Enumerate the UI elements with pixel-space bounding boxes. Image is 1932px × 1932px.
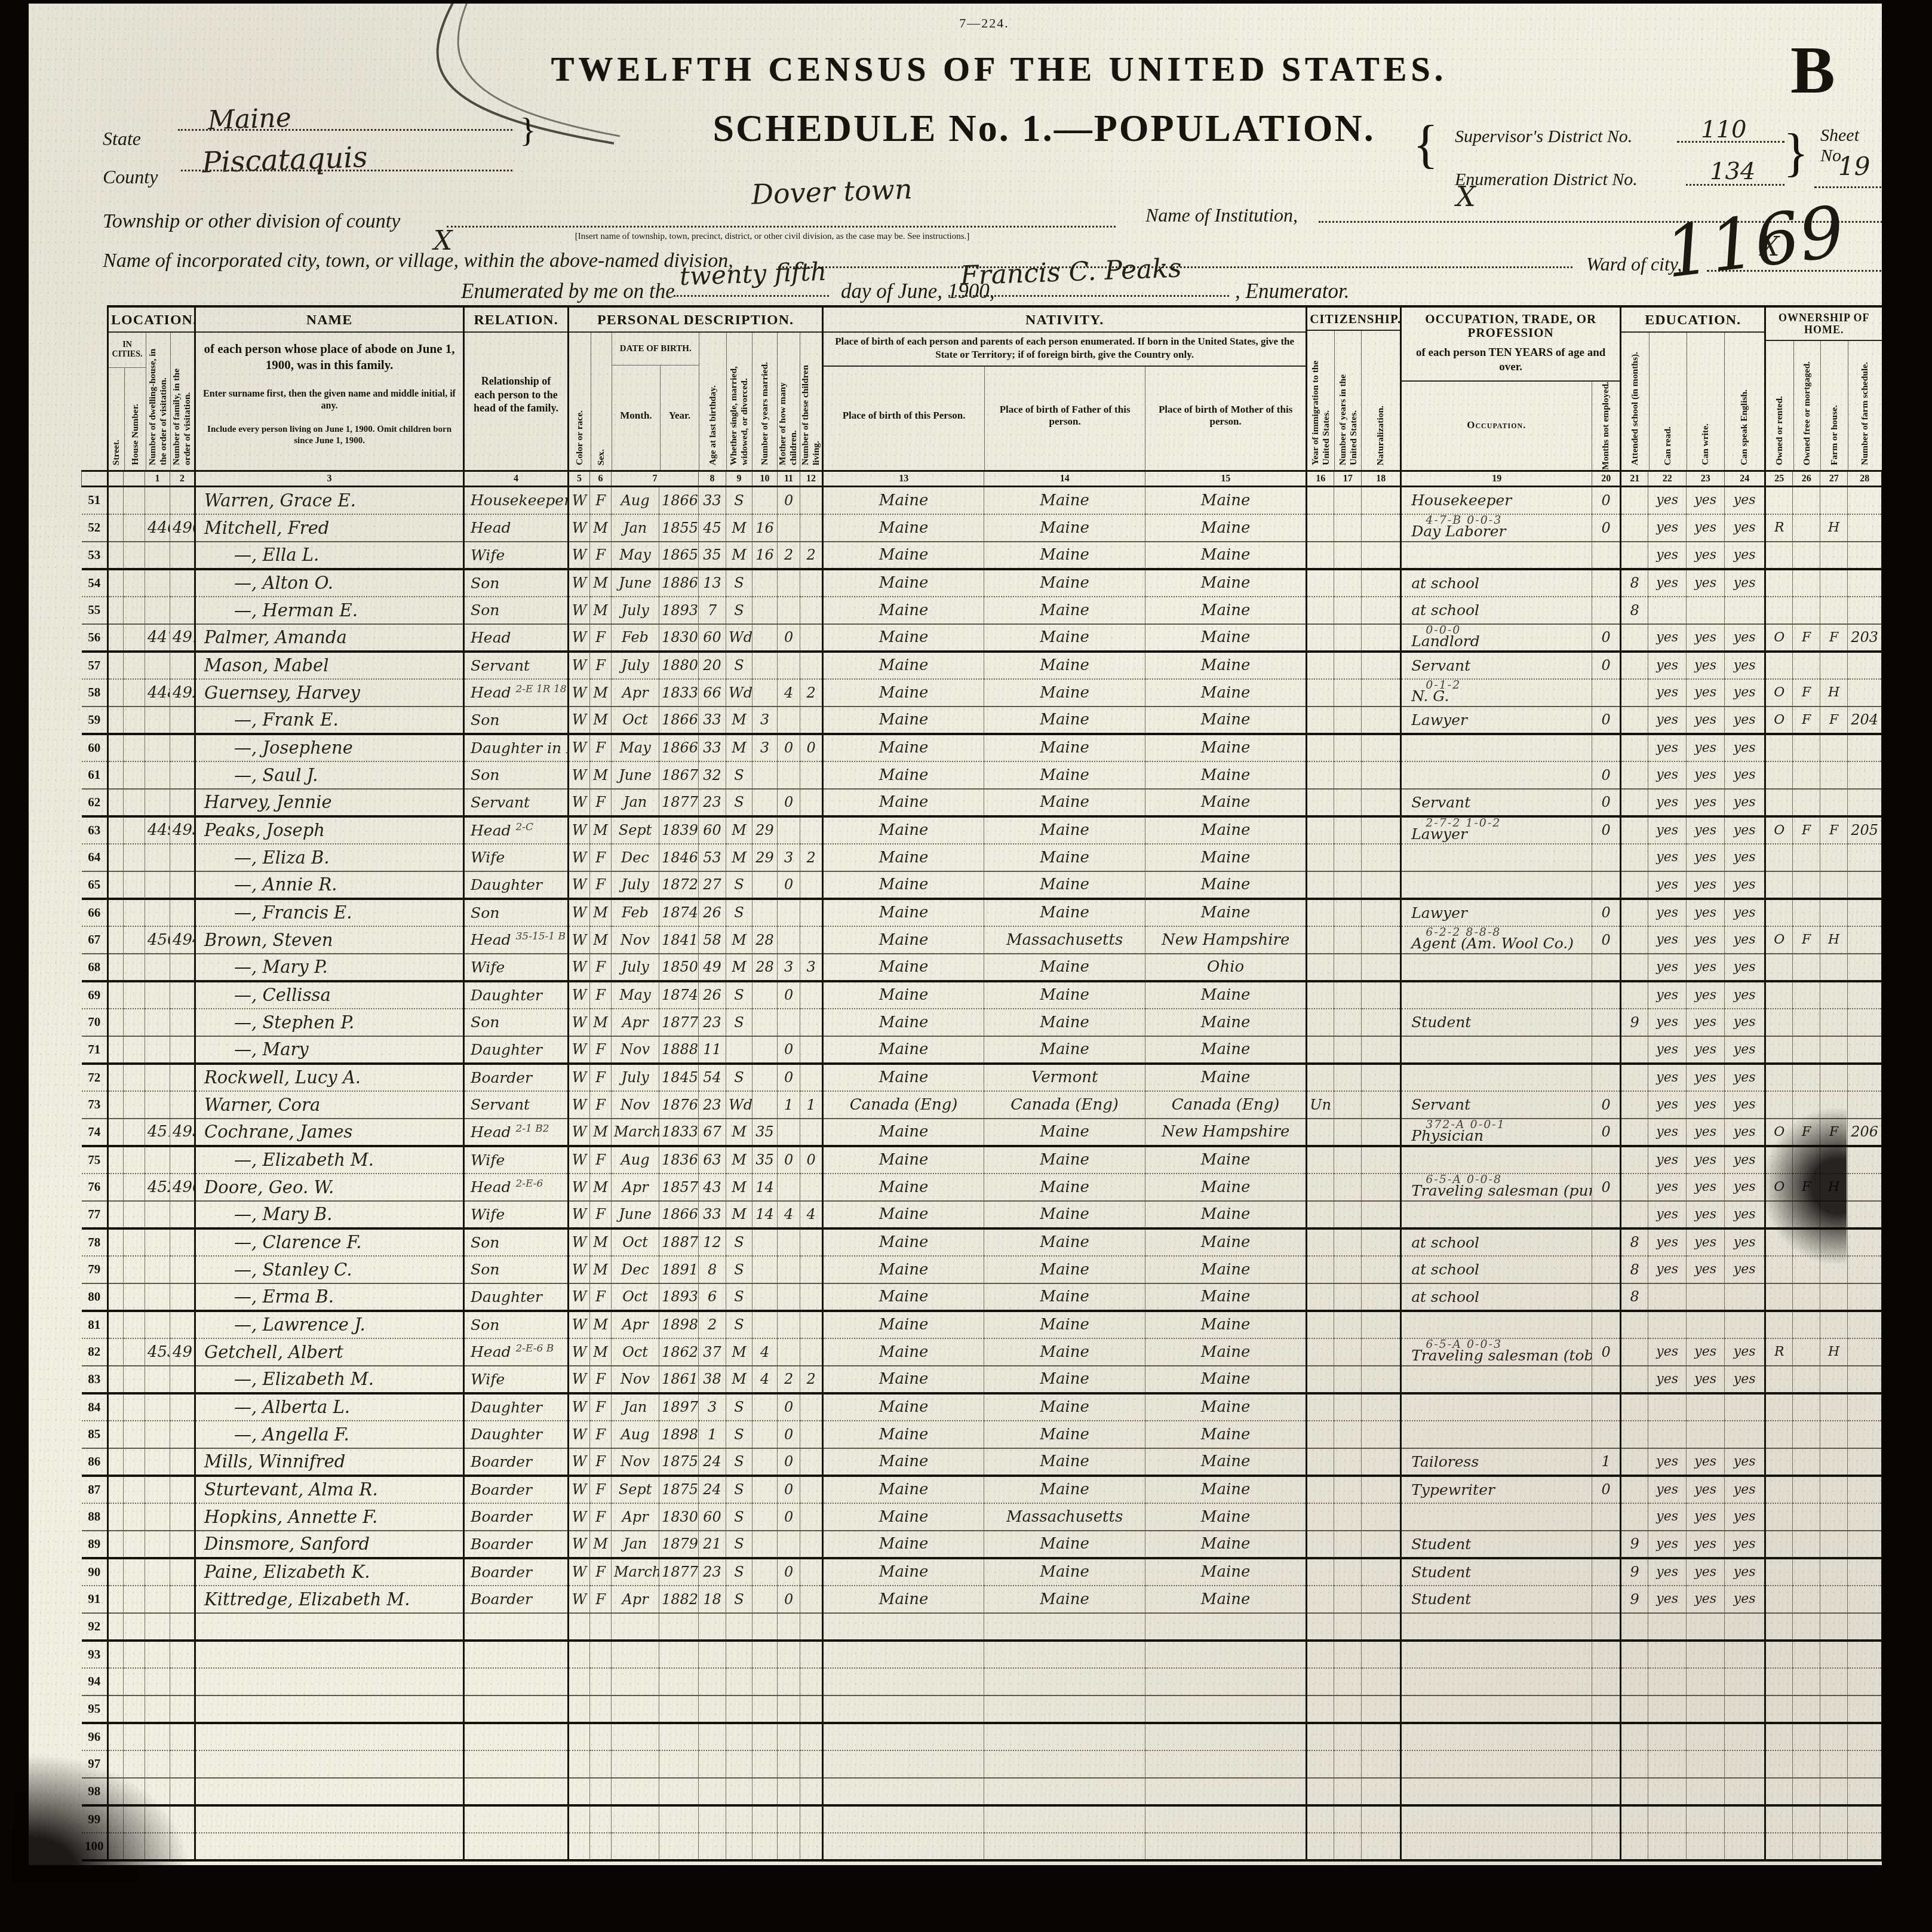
cell-yr: 1898 (659, 1421, 699, 1448)
cell-st (108, 1256, 124, 1283)
cell-rd: yes (1648, 707, 1687, 734)
cell-name (195, 1805, 464, 1833)
scan-smudge-bottom-left (12, 1753, 191, 1884)
cell-s: F (590, 1393, 612, 1421)
cell-pm: Maine (1145, 569, 1307, 597)
cell-ch: 0 (778, 1146, 800, 1174)
cell-hn (124, 1641, 145, 1668)
cell-name: —, Clarence F. (195, 1228, 464, 1256)
cell-en: yes (1725, 1448, 1765, 1476)
cell-fh (1820, 1311, 1848, 1338)
cell-hn (124, 844, 145, 871)
cell-pf: Maine (984, 1009, 1145, 1036)
cell-hn (124, 624, 145, 652)
cell-s: F (590, 542, 612, 569)
cell-ch: 0 (778, 1503, 800, 1531)
cell-rd: yes (1648, 1503, 1687, 1531)
cell-dw (145, 652, 170, 679)
cell-ow (1765, 1805, 1793, 1833)
cell-age: 45 (699, 514, 726, 542)
table-row: 51Warren, Grace E.HousekeeperWFAug186633… (82, 487, 1909, 514)
cell-yr: 1893 (659, 597, 699, 624)
cell-cl (800, 1036, 823, 1064)
cell-yr: 1893 (659, 1283, 699, 1311)
cell-fs (1848, 1696, 1882, 1723)
cell-wr: yes (1687, 1091, 1725, 1119)
cell-hn (124, 487, 145, 514)
cell-fm (1793, 597, 1820, 624)
cell-fh: F (1820, 707, 1848, 734)
cell-wr: yes (1687, 1146, 1725, 1174)
cell-fm (1793, 761, 1820, 789)
cell-wr: yes (1687, 954, 1725, 981)
cell-pf: Maine (984, 707, 1145, 734)
cell-cl (800, 1805, 823, 1833)
cell-fs (1848, 871, 1882, 899)
cell-fh (1820, 1393, 1848, 1421)
cell-fam (170, 1146, 195, 1174)
cell-mo: May (612, 734, 659, 761)
cell-rd: yes (1648, 1174, 1687, 1201)
cell-nat (1362, 1668, 1401, 1696)
cell-s: F (590, 1421, 612, 1448)
cell-mo: July (612, 597, 659, 624)
cell-ow (1765, 954, 1793, 981)
institution-label: Name of Institution, (1145, 204, 1298, 226)
cell-name: —, Elizabeth M. (195, 1366, 464, 1393)
cell-rel: Son (464, 1256, 569, 1283)
cell-yus (1334, 597, 1362, 624)
cell-ym (752, 1064, 778, 1091)
cell-wr: yes (1687, 1503, 1725, 1531)
line-number-left: 77 (82, 1201, 108, 1228)
cell-fh: H (1820, 926, 1848, 954)
cell-yr: 1879 (659, 1531, 699, 1558)
cell-pf: Maine (984, 1311, 1145, 1338)
cell-rd (1648, 1750, 1687, 1778)
table-row: 63449493Peaks, JosephHead2-CWMSept183960… (82, 816, 1909, 844)
cell-rd: yes (1648, 542, 1687, 569)
column-number: 19 (1401, 471, 1592, 487)
cell-rd: yes (1648, 652, 1687, 679)
cell-rd: yes (1648, 1119, 1687, 1146)
cell-mo (612, 1696, 659, 1723)
cell-ch (778, 1778, 800, 1805)
cell-age (699, 1750, 726, 1778)
cell-rd: yes (1648, 899, 1687, 926)
cell-fh: H (1820, 1338, 1848, 1366)
cell-c: W (569, 1311, 590, 1338)
cell-age: 37 (699, 1338, 726, 1366)
cell-pf: Maine (984, 981, 1145, 1009)
cell-fh (1820, 981, 1848, 1009)
cell-sc (1621, 1503, 1648, 1531)
cell-rd: yes (1648, 871, 1687, 899)
cell-yr: 1846 (659, 844, 699, 871)
cell-age: 67 (699, 1119, 726, 1146)
cell-st (108, 1586, 124, 1613)
cell-age: 23 (699, 1091, 726, 1119)
cell-ym (752, 789, 778, 816)
cell-pm (1145, 1805, 1307, 1833)
cell-pf: Maine (984, 844, 1145, 871)
cell-fh: F (1820, 816, 1848, 844)
cell-wr: yes (1687, 1036, 1725, 1064)
cell-nat (1362, 1586, 1401, 1613)
cell-hn (124, 1531, 145, 1558)
cell-pm: Maine (1145, 1448, 1307, 1476)
nativity-title: NATIVITY. (824, 308, 1306, 333)
cell-mn: 0 (1592, 761, 1621, 789)
cell-sc (1621, 1174, 1648, 1201)
cell-st (108, 1448, 124, 1476)
cell-sc (1621, 1696, 1648, 1723)
cell-hn (124, 1476, 145, 1503)
cell-age: 32 (699, 761, 726, 789)
cell-s: M (590, 816, 612, 844)
cell-en (1725, 1668, 1765, 1696)
table-row: 89Dinsmore, SanfordBoarderWMJan187921SMa… (82, 1531, 1909, 1558)
cell-st (108, 1641, 124, 1668)
cell-dw (145, 1228, 170, 1256)
cell-ch: 1 (778, 1091, 800, 1119)
cell-fm (1793, 1668, 1820, 1696)
table-row: 9696 (82, 1723, 1909, 1750)
cell-pf: Maine (984, 1119, 1145, 1146)
cell-pm: Maine (1145, 679, 1307, 707)
cell-rel: Boarder (464, 1064, 569, 1091)
cell-yus (1334, 1283, 1362, 1311)
line-number-left: 74 (82, 1119, 108, 1146)
cell-pb: Maine (823, 1283, 984, 1311)
cell-yr: 1866 (659, 734, 699, 761)
header-citizenship: CITIZENSHIP. Year of immigration to the … (1307, 306, 1401, 471)
cell-yr: 1897 (659, 1393, 699, 1421)
cell-pm: Canada (Eng) (1145, 1091, 1307, 1119)
cell-fm (1793, 487, 1820, 514)
cell-hn (124, 569, 145, 597)
cell-ym (752, 1503, 778, 1531)
cell-pm: Maine (1145, 1146, 1307, 1174)
cell-en (1725, 1750, 1765, 1778)
cell-yr: 1830 (659, 1503, 699, 1531)
cell-nat (1362, 487, 1401, 514)
enum-district-value: 134 (1710, 158, 1755, 185)
cell-ow (1765, 1009, 1793, 1036)
enumerator-value: Francis C. Peaks (960, 253, 1182, 291)
cell-s: F (590, 1448, 612, 1476)
cell-sc (1621, 679, 1648, 707)
cell-dw (145, 1613, 170, 1641)
cell-ym: 14 (752, 1174, 778, 1201)
cell-en: yes (1725, 1366, 1765, 1393)
cell-im (1307, 926, 1334, 954)
cell-yus (1334, 1174, 1362, 1201)
table-row: 90Paine, Elizabeth K.BoarderWFMarch18772… (82, 1558, 1909, 1586)
cell-fm (1793, 1448, 1820, 1476)
cell-age: 53 (699, 844, 726, 871)
cell-hn (124, 1256, 145, 1283)
cell-ch: 0 (778, 1476, 800, 1503)
cell-mo: Jan (612, 514, 659, 542)
state-label: State (103, 128, 141, 150)
cell-pf: Maine (984, 652, 1145, 679)
cell-m (726, 1833, 752, 1860)
cell-sc (1621, 1613, 1648, 1641)
cell-yus (1334, 1805, 1362, 1833)
cell-sc (1621, 816, 1648, 844)
cell-pb: Maine (823, 542, 984, 569)
cell-im (1307, 1613, 1334, 1641)
cell-ch: 0 (778, 1064, 800, 1091)
cell-fh (1820, 1805, 1848, 1833)
cell-oc (1401, 844, 1592, 871)
cell-hn (124, 597, 145, 624)
cell-rd (1648, 1421, 1687, 1448)
cell-dw: 448 (145, 679, 170, 707)
table-row: 72Rockwell, Lucy A.BoarderWFJuly184554S0… (82, 1064, 1909, 1091)
cell-fam: 497 (170, 1338, 195, 1366)
cell-pm: Maine (1145, 1036, 1307, 1064)
cell-en: yes (1725, 624, 1765, 652)
cell-oc (1401, 1641, 1592, 1668)
cell-cl (800, 1641, 823, 1668)
cell-oc: 4-7-B 0-0-3Day Laborer (1401, 514, 1592, 542)
cell-mo (612, 1805, 659, 1833)
col-pob-mother-label: Place of birth of Mother of this person. (1145, 367, 1306, 470)
cell-wr: yes (1687, 652, 1725, 679)
cell-dw (145, 981, 170, 1009)
cell-rel: Daughter in Law (464, 734, 569, 761)
cell-oc (1401, 734, 1592, 761)
col-pob-person-label: Place of birth of this Person. (824, 367, 984, 470)
cell-ym (752, 761, 778, 789)
cell-dw (145, 1531, 170, 1558)
cell-pf: Massachusetts (984, 926, 1145, 954)
cell-fh (1820, 1036, 1848, 1064)
cell-mn (1592, 1531, 1621, 1558)
cell-pm: Maine (1145, 844, 1307, 871)
cell-s: F (590, 624, 612, 652)
cell-ym (752, 1091, 778, 1119)
cell-hn (124, 1228, 145, 1256)
cell-rel: Wife (464, 1366, 569, 1393)
cell-oc: 6-5-A 0-0-3Traveling salesman (tobacco) (1401, 1338, 1592, 1366)
cell-age: 24 (699, 1448, 726, 1476)
table-row: 65—, Annie R.DaughterWFJuly187227S0Maine… (82, 871, 1909, 899)
cell-pm (1145, 1696, 1307, 1723)
cell-pf (984, 1778, 1145, 1805)
line-number-left: 59 (82, 707, 108, 734)
cell-fs (1848, 954, 1882, 981)
cell-m: S (726, 871, 752, 899)
cell-mo: Aug (612, 1146, 659, 1174)
cell-hn (124, 542, 145, 569)
column-number: 16 (1307, 471, 1334, 487)
cell-c (569, 1668, 590, 1696)
cell-fam (170, 569, 195, 597)
cell-st (108, 871, 124, 899)
cell-pf: Maine (984, 569, 1145, 597)
cell-nat (1362, 1641, 1401, 1668)
cell-dw: 449 (145, 816, 170, 844)
cell-oc: 6-2-2 8-8-8Agent (Am. Wool Co.) (1401, 926, 1592, 954)
cell-pb: Maine (823, 844, 984, 871)
cell-fm (1793, 1283, 1820, 1311)
line-number-left: 85 (82, 1421, 108, 1448)
cell-pf: Maine (984, 542, 1145, 569)
cell-fs (1848, 1778, 1882, 1805)
cell-dw (145, 1696, 170, 1723)
cell-ym: 29 (752, 844, 778, 871)
cell-en: yes (1725, 844, 1765, 871)
cell-pb: Maine (823, 1558, 984, 1586)
cell-hn (124, 761, 145, 789)
col-family-label: Number of family, in the order of visita… (171, 346, 193, 465)
cell-ym (752, 487, 778, 514)
cell-s: M (590, 707, 612, 734)
relation-pencil-note: 2-E 1R 18 (516, 683, 567, 695)
table-row: 9393 (82, 1641, 1909, 1668)
page-title: TWELFTH CENSUS OF THE UNITED STATES. (506, 49, 1492, 89)
cell-ch: 3 (778, 954, 800, 981)
cell-name: —, Elizabeth M. (195, 1146, 464, 1174)
cell-yr: 1880 (659, 652, 699, 679)
cell-rd (1648, 1833, 1687, 1860)
cell-pb: Maine (823, 569, 984, 597)
cell-s: F (590, 789, 612, 816)
cell-fm (1793, 1366, 1820, 1393)
cell-en (1725, 1641, 1765, 1668)
col-house-number-label: House Number. (130, 404, 141, 465)
cell-m: S (726, 761, 752, 789)
cell-pb (823, 1613, 984, 1641)
line-number-left: 57 (82, 652, 108, 679)
cell-rel: Boarder (464, 1531, 569, 1558)
cell-pb: Maine (823, 981, 984, 1009)
cell-c (569, 1833, 590, 1860)
header-personal: PERSONAL DESCRIPTION. Color or race. Sex… (569, 306, 823, 471)
cell-mo: Nov (612, 1448, 659, 1476)
cell-rel (464, 1641, 569, 1668)
cell-en: yes (1725, 1119, 1765, 1146)
cell-m: S (726, 789, 752, 816)
cell-m: S (726, 1586, 752, 1613)
cell-ym: 16 (752, 514, 778, 542)
table-row: 53—, Ella L.WifeWFMay186535M1622MaineMai… (82, 542, 1909, 569)
cell-ym: 14 (752, 1201, 778, 1228)
cell-dw (145, 1036, 170, 1064)
cell-fs (1848, 1613, 1882, 1641)
cell-hn (124, 816, 145, 844)
cell-fam (170, 1696, 195, 1723)
sheet-letter: B (1790, 32, 1835, 109)
line-number-left: 86 (82, 1448, 108, 1476)
cell-pm (1145, 1641, 1307, 1668)
cell-ow (1765, 734, 1793, 761)
line-number-left: 76 (82, 1174, 108, 1201)
cell-m: S (726, 1476, 752, 1503)
cell-ch (778, 1750, 800, 1778)
cell-rel: Boarder (464, 1558, 569, 1586)
cell-c: W (569, 1283, 590, 1311)
cell-mn (1592, 734, 1621, 761)
cell-age (699, 1723, 726, 1750)
cell-fs (1848, 1228, 1882, 1256)
cell-c: W (569, 624, 590, 652)
line-number-left: 89 (82, 1531, 108, 1558)
cell-fs (1848, 1283, 1882, 1311)
cell-ch (778, 1696, 800, 1723)
cell-en: yes (1725, 487, 1765, 514)
cell-wr: yes (1687, 926, 1725, 954)
cell-rel: Son (464, 569, 569, 597)
cell-yus (1334, 1421, 1362, 1448)
cell-c: W (569, 542, 590, 569)
cell-rd (1648, 1723, 1687, 1750)
cell-fm (1793, 1338, 1820, 1366)
cell-nat (1362, 1696, 1401, 1723)
cell-mo: July (612, 954, 659, 981)
column-number: 27 (1820, 471, 1848, 487)
cell-st (108, 597, 124, 624)
cell-ym (752, 1448, 778, 1476)
cell-pm: Maine (1145, 1174, 1307, 1201)
cell-dw (145, 1091, 170, 1119)
cell-yus (1334, 1228, 1362, 1256)
cell-nat (1362, 597, 1401, 624)
cell-age: 2 (699, 1311, 726, 1338)
cell-s (590, 1696, 612, 1723)
cell-s: M (590, 1256, 612, 1283)
cell-m: M (726, 844, 752, 871)
cell-rel: Boarder (464, 1448, 569, 1476)
cell-st (108, 1558, 124, 1586)
cell-nat (1362, 1201, 1401, 1228)
cell-yr (659, 1613, 699, 1641)
cell-yr: 1857 (659, 1174, 699, 1201)
cell-name (195, 1696, 464, 1723)
cell-fam (170, 1366, 195, 1393)
cell-name: —, Mary B. (195, 1201, 464, 1228)
cell-pm: Maine (1145, 624, 1307, 652)
cell-hn (124, 1613, 145, 1641)
cell-pb: Maine (823, 652, 984, 679)
cell-fs (1848, 1833, 1882, 1860)
cell-c: W (569, 1366, 590, 1393)
table-row: 83—, Elizabeth M.WifeWFNov186138M422Main… (82, 1366, 1909, 1393)
cell-ch: 3 (778, 844, 800, 871)
line-number-left: 54 (82, 569, 108, 597)
cell-pf: Maine (984, 1338, 1145, 1366)
cell-cl (800, 1668, 823, 1696)
enum-district-line (1686, 184, 1784, 186)
cell-im (1307, 569, 1334, 597)
column-number: 12 (800, 471, 823, 487)
cell-s: F (590, 1283, 612, 1311)
cell-fh (1820, 899, 1848, 926)
cell-fs: 206 (1848, 1119, 1882, 1146)
cell-name: —, Saul J. (195, 761, 464, 789)
cell-fam (170, 1421, 195, 1448)
cell-rel (464, 1613, 569, 1641)
cell-mn (1592, 597, 1621, 624)
cell-hn (124, 1174, 145, 1201)
cell-ym (752, 1696, 778, 1723)
cell-cl (800, 1174, 823, 1201)
column-number: 7 (612, 471, 699, 487)
cell-yr: 1865 (659, 542, 699, 569)
